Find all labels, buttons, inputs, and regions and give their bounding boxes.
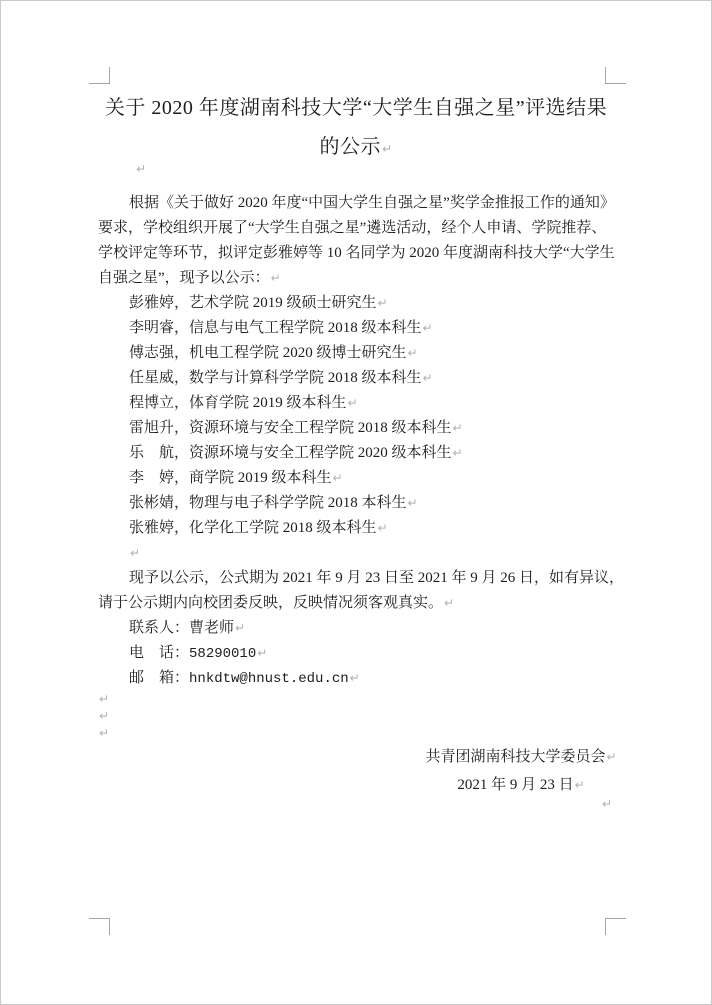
line-text: 李 婷，商学院 2019 级本科生 xyxy=(129,470,332,486)
pilcrow-mark: ↵ xyxy=(347,396,358,410)
line-text: 雷旭升，资源环境与安全工程学院 2018 级本科生 xyxy=(129,420,452,436)
line-text: 学校评定等环节，拟评定彭雅婷等 10 名同学为 2020 年度湖南科技大学“大学… xyxy=(98,245,615,261)
pilcrow-mark: ↵ xyxy=(349,671,360,685)
title-text: 的公示 xyxy=(319,136,381,158)
student-list-item: 任星威，数学与计算科学学院 2018 级本科生↵ xyxy=(98,366,619,391)
pilcrow-mark: ↵ xyxy=(98,726,109,740)
line-text: 李明睿，信息与电气工程学院 2018 级本科生 xyxy=(129,320,422,336)
pilcrow-mark: ↵ xyxy=(452,421,463,435)
student-list-item: 张彬婧，物理与电子科学学院 2018 本科生↵ xyxy=(98,491,619,516)
pilcrow-mark: ↵ xyxy=(377,296,388,310)
paragraph-line: 请于公示期内向校团委反映，反映情况须客观真实。↵ xyxy=(98,591,619,616)
pilcrow-mark: ↵ xyxy=(422,321,433,335)
line-text: 自强之星”，现予以公示： xyxy=(98,270,270,286)
paragraph-line: 现予以公示，公式期为 2021 年 9 月 23 日至 2021 年 9 月 2… xyxy=(98,566,619,591)
pilcrow-mark: ↵ xyxy=(256,646,267,660)
pilcrow-mark: ↵ xyxy=(377,521,388,535)
pilcrow-mark: ↵ xyxy=(452,446,463,460)
pilcrow-mark: ↵ xyxy=(234,621,245,635)
empty-paragraphs: ↵ ↵ ↵ xyxy=(98,690,109,741)
empty-paragraph: ↵ xyxy=(98,724,109,741)
line-text: 要求，学校组织开展了“大学生自强之星”遴选活动，经个人申请、学院推荐、 xyxy=(98,220,606,236)
student-list-item: 傅志强，机电工程学院 2020 级博士研究生↵ xyxy=(98,341,619,366)
line-text: 张彬婧，物理与电子科学学院 2018 本科生 xyxy=(129,495,407,511)
signature-block: 共青团湖南科技大学委员会↵ 2021 年 9 月 23 日↵ xyxy=(416,743,626,799)
line-text: 乐 航，资源环境与安全工程学院 2020 级本科生 xyxy=(129,445,452,461)
line-text: 任星威，数学与计算科学学院 2018 级本科生 xyxy=(129,370,422,386)
line-text: 联系人：曹老师 xyxy=(129,620,234,636)
paragraph-line: 根据《关于做好 2020 年度“中国大学生自强之星”奖学金推报工作的通知》 xyxy=(98,191,619,216)
pilcrow-mark: ↵ xyxy=(270,271,281,285)
line-text: 现予以公示，公式期为 2021 年 9 月 23 日至 2021 年 9 月 2… xyxy=(129,570,624,586)
student-list-item: 李 婷，商学院 2019 级本科生↵ xyxy=(98,466,619,491)
margin-crop-mark-bottom-right xyxy=(605,918,626,935)
line-text: 彭雅婷，艺术学院 2019 级硕士研究生 xyxy=(129,295,377,311)
signature-committee: 共青团湖南科技大学委员会↵ xyxy=(416,743,626,771)
pilcrow-mark: ↵ xyxy=(443,596,454,610)
margin-crop-mark-top-left xyxy=(89,67,110,84)
title-line-1: 关于 2020 年度湖南科技大学“大学生自强之星”评选结果 xyxy=(49,89,663,128)
phone-number: 58290010 xyxy=(189,646,256,662)
document-body: 根据《关于做好 2020 年度“中国大学生自强之星”奖学金推报工作的通知》 要求… xyxy=(98,191,619,691)
signature-date: 2021 年 9 月 23 日↵ xyxy=(416,771,626,799)
paragraph-line: 要求，学校组织开展了“大学生自强之星”遴选活动，经个人申请、学院推荐、 xyxy=(98,216,619,241)
phone-label: 电 话： xyxy=(129,645,189,661)
line-text: 程博立，体育学院 2019 级本科生 xyxy=(129,395,347,411)
line-text: 2021 年 9 月 23 日 xyxy=(457,777,573,793)
student-list-item: 程博立，体育学院 2019 级本科生↵ xyxy=(98,391,619,416)
line-text: 傅志强，机电工程学院 2020 级博士研究生 xyxy=(129,345,407,361)
student-list-item: 彭雅婷，艺术学院 2019 级硕士研究生↵ xyxy=(98,291,619,316)
student-list-item: 乐 航，资源环境与安全工程学院 2020 级本科生↵ xyxy=(98,441,619,466)
margin-crop-mark-top-right xyxy=(605,67,626,84)
empty-paragraph: ↵ xyxy=(98,690,109,707)
line-text: 张雅婷，化学化工学院 2018 级本科生 xyxy=(129,520,377,536)
student-list-item: 雷旭升，资源环境与安全工程学院 2018 级本科生↵ xyxy=(98,416,619,441)
pilcrow-mark: ↵ xyxy=(98,692,109,706)
document-page: 关于 2020 年度湖南科技大学“大学生自强之星”评选结果 的公示↵ ↵ 根据《… xyxy=(0,0,712,1005)
empty-paragraph: ↵ xyxy=(98,707,109,724)
pilcrow-mark: ↵ xyxy=(422,371,433,385)
pilcrow-mark: ↵ xyxy=(332,471,343,485)
pilcrow-mark: ↵ xyxy=(407,496,418,510)
pilcrow-mark: ↵ xyxy=(381,142,393,156)
line-text: 共青团湖南科技大学委员会 xyxy=(425,749,605,765)
pilcrow-mark: ↵ xyxy=(129,546,140,560)
contact-phone-line: 电 话：58290010↵ xyxy=(98,641,619,666)
contact-email-line: 邮 箱：hnkdtw@hnust.edu.cn↵ xyxy=(98,666,619,691)
empty-paragraph: ↵ xyxy=(98,541,619,566)
pilcrow-mark: ↵ xyxy=(407,346,418,360)
email-label: 邮 箱： xyxy=(129,670,189,686)
pilcrow-mark: ↵ xyxy=(605,750,616,764)
title-text: 关于 2020 年度湖南科技大学“大学生自强之星”评选结果 xyxy=(105,97,607,119)
student-list-item: 李明睿，信息与电气工程学院 2018 级本科生↵ xyxy=(98,316,619,341)
line-text: 根据《关于做好 2020 年度“中国大学生自强之星”奖学金推报工作的通知》 xyxy=(129,195,615,211)
pilcrow-mark: ↵ xyxy=(574,778,585,792)
margin-crop-mark-bottom-left xyxy=(89,918,110,935)
student-list-item: 张雅婷，化学化工学院 2018 级本科生↵ xyxy=(98,516,619,541)
pilcrow-mark: ↵ xyxy=(98,709,109,723)
paragraph-line: 学校评定等环节，拟评定彭雅婷等 10 名同学为 2020 年度湖南科技大学“大学… xyxy=(98,241,619,266)
line-text: 请于公示期内向校团委反映，反映情况须客观真实。 xyxy=(98,595,443,611)
contact-person-line: 联系人：曹老师↵ xyxy=(98,616,619,641)
email-address: hnkdtw@hnust.edu.cn xyxy=(189,671,349,687)
pilcrow-mark: ↵ xyxy=(601,792,612,817)
pilcrow-mark: ↵ xyxy=(135,157,146,182)
paragraph-line: 自强之星”，现予以公示：↵ xyxy=(98,266,619,291)
